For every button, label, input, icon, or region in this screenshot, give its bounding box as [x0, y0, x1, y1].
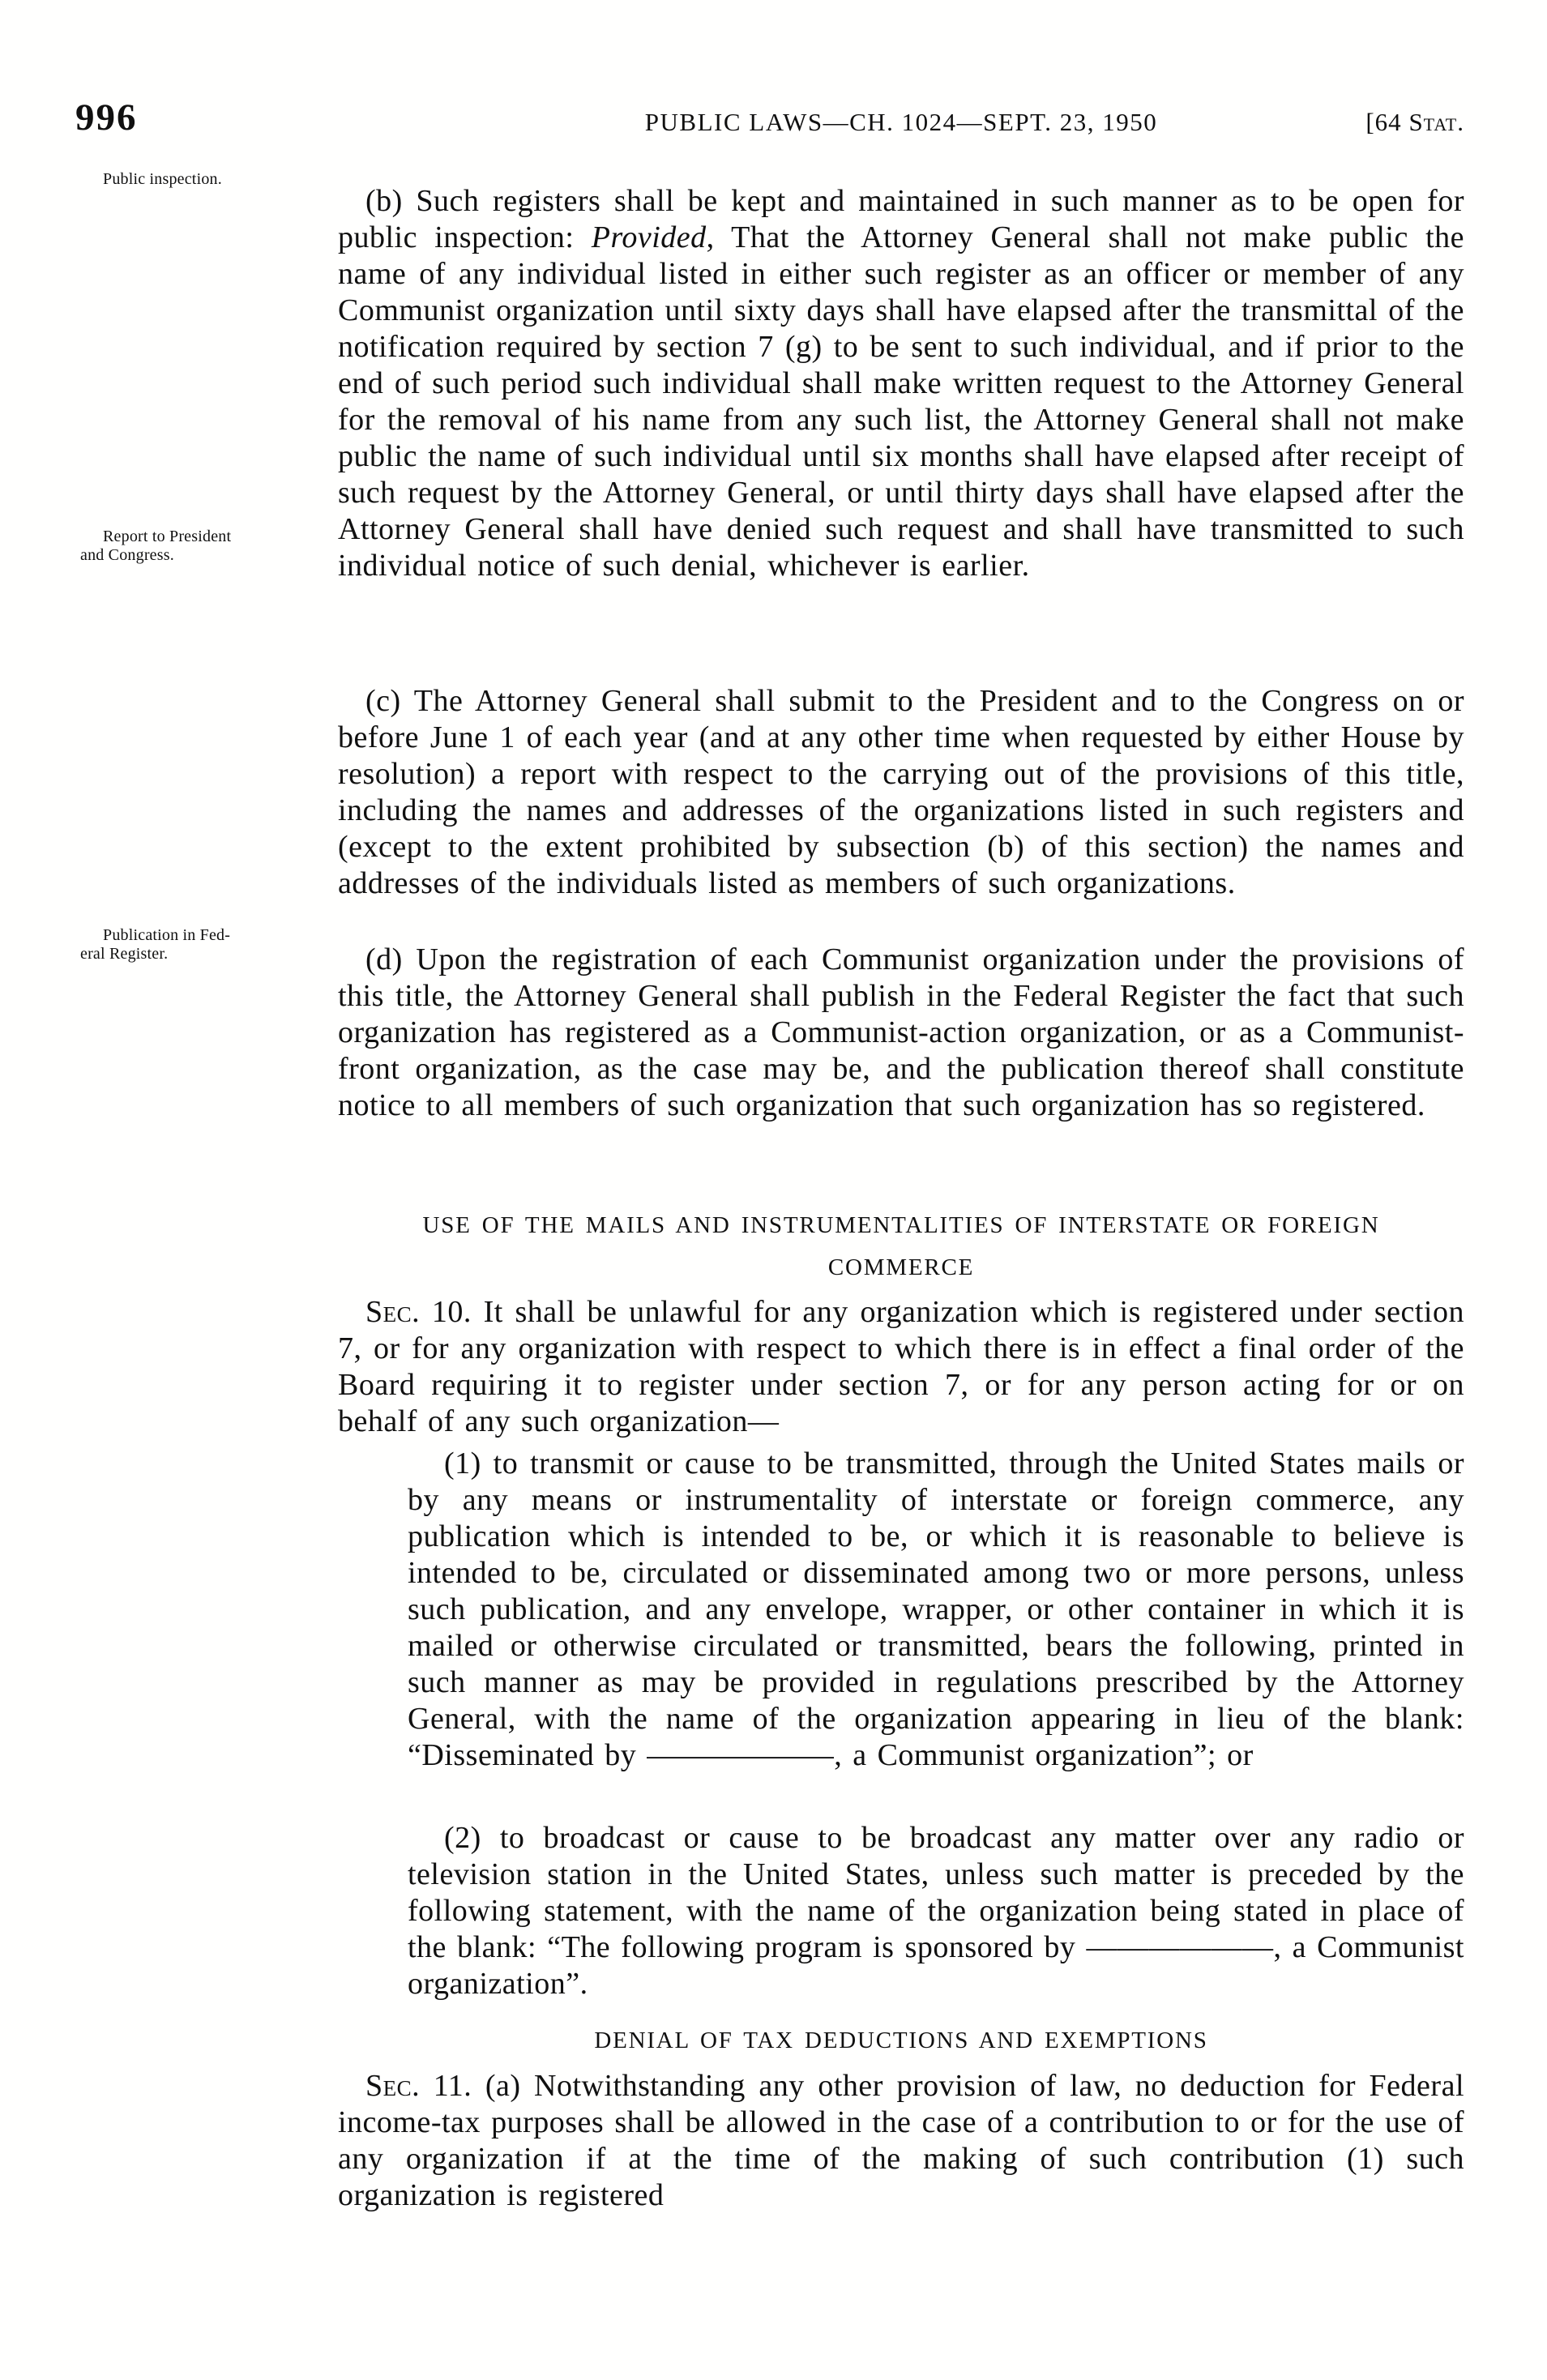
margin-note-line: Public inspection.	[80, 170, 307, 189]
heading-line: USE OF THE MAILS AND INSTRUMENTALITIES O…	[338, 1204, 1464, 1246]
section-11-text: . 11. (a) Notwithstanding any other prov…	[338, 2069, 1464, 2212]
section-10-intro: Sec. 10. It shall be unlawful for any or…	[338, 1294, 1464, 1440]
paragraph-d: (d) Upon the registration of each Commun…	[338, 942, 1464, 1124]
statute-page-scan: 996 PUBLIC LAWS—CH. 1024—SEPT. 23, 1950 …	[0, 0, 1547, 2380]
margin-note-line: eral Register.	[80, 945, 307, 964]
section-label: Sec	[365, 1295, 412, 1329]
section-heading-tax: DENIAL OF TAX DEDUCTIONS AND EXEMPTIONS	[338, 2019, 1464, 2062]
page-number: 996	[75, 96, 138, 139]
margin-note-line: Publication in Fed-	[80, 926, 307, 945]
clause-1: (1) to transmit or cause to be transmitt…	[408, 1446, 1464, 1774]
margin-note-line: and Congress.	[80, 546, 307, 565]
margin-note-line: Report to President	[80, 528, 307, 546]
section-10-text: . 10. It shall be unlawful for any organ…	[338, 1295, 1464, 1438]
clause-2: (2) to broadcast or cause to be broadcas…	[408, 1820, 1464, 2002]
margin-note-report-to-president: Report to President and Congress.	[80, 528, 307, 565]
paragraph-b: (b) Such registers shall be kept and mai…	[338, 183, 1464, 584]
stat-volume-ref: [64 Stat.	[1365, 108, 1464, 137]
heading-line: COMMERCE	[338, 1246, 1464, 1288]
section-11-intro: Sec. 11. (a) Notwithstanding any other p…	[338, 2068, 1464, 2214]
margin-note-public-inspection: Public inspection.	[80, 170, 307, 189]
margin-note-publication-federal-register: Publication in Fed- eral Register.	[80, 926, 307, 964]
section-label: Sec	[365, 2069, 412, 2103]
proviso-italic: Provided	[592, 220, 707, 254]
paragraph-b-text: , That the Attorney General shall not ma…	[338, 220, 1464, 583]
stat-abbrev: Stat.	[1408, 108, 1464, 136]
section-heading-mails: USE OF THE MAILS AND INSTRUMENTALITIES O…	[338, 1204, 1464, 1288]
paragraph-c: (c) The Attorney General shall submit to…	[338, 683, 1464, 902]
running-head-title: PUBLIC LAWS—CH. 1024—SEPT. 23, 1950	[338, 108, 1464, 137]
stat-volume-number: [64	[1365, 108, 1408, 136]
